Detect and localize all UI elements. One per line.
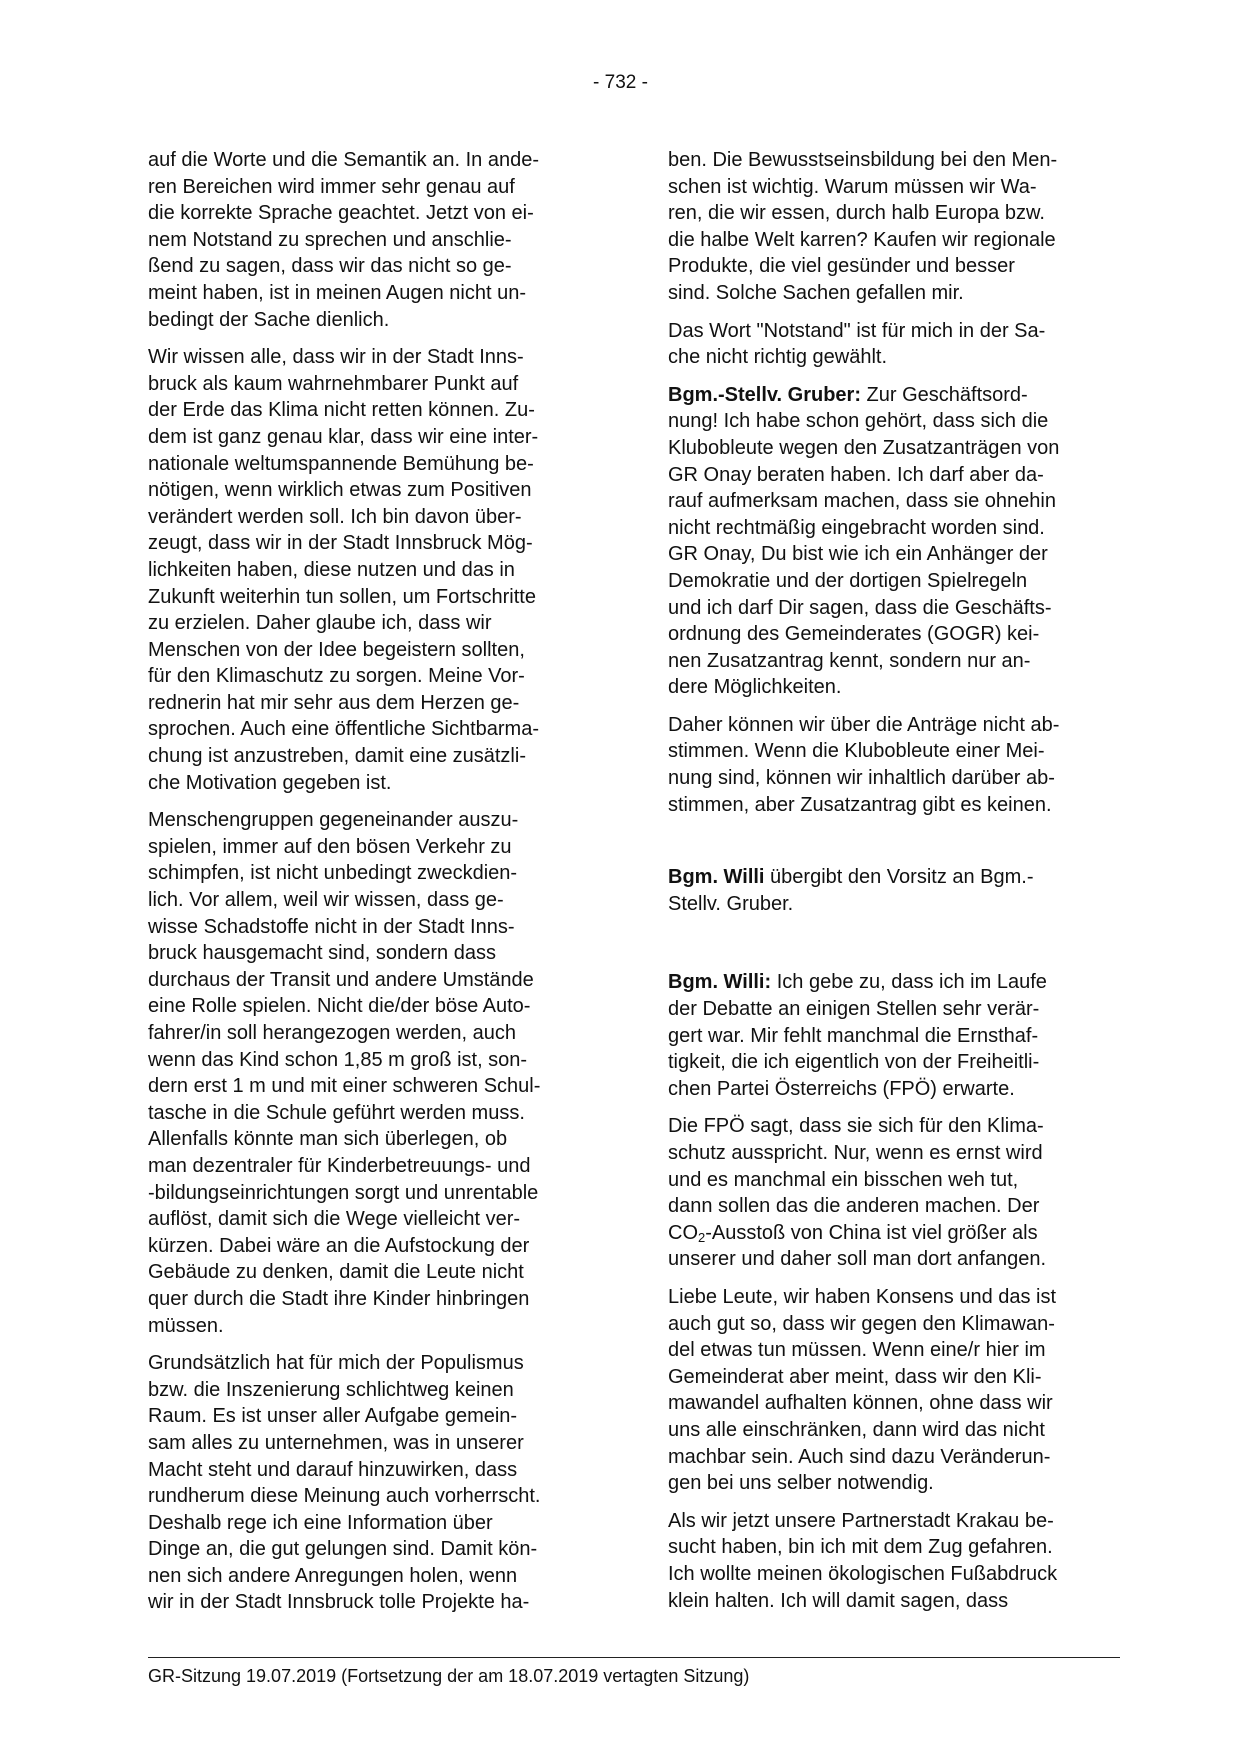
- text-line: Gebäude zu denken, damit die Leute nicht: [148, 1259, 608, 1286]
- co2-label: CO: [668, 1222, 698, 1244]
- paragraph: Daher können wir über die Anträge nicht …: [668, 712, 1128, 818]
- paragraph: Wir wissen alle, dass wir in der Stadt I…: [148, 344, 608, 796]
- text-line: Bgm.-Stellv. Gruber: Zur Geschäftsord-: [668, 382, 1128, 409]
- text-line: CO2-Ausstoß von China ist viel größer al…: [668, 1220, 1128, 1247]
- text-line: wenn das Kind schon 1,85 m groß ist, son…: [148, 1047, 608, 1074]
- text-line: rednerin hat mir sehr aus dem Herzen ge-: [148, 690, 608, 717]
- paragraph: Die FPÖ sagt, dass sie sich für den Klim…: [668, 1113, 1128, 1273]
- text-line: GR Onay, Du bist wie ich ein Anhänger de…: [668, 541, 1128, 568]
- text-line: Deshalb rege ich eine Information über: [148, 1510, 608, 1537]
- left-column: auf die Worte und die Semantik an. In an…: [148, 147, 608, 1627]
- text-line: nötigen, wenn wirklich etwas zum Positiv…: [148, 477, 608, 504]
- text-line: dem ist ganz genau klar, dass wir eine i…: [148, 424, 608, 451]
- text-line: Raum. Es ist unser aller Aufgabe gemein-: [148, 1403, 608, 1430]
- text-line: wisse Schadstoffe nicht in der Stadt Inn…: [148, 914, 608, 941]
- text-line: Demokratie und der dortigen Spielregeln: [668, 568, 1128, 595]
- text-line: kürzen. Dabei wäre an die Aufstockung de…: [148, 1233, 608, 1260]
- text-line: machbar sein. Auch sind dazu Veränderun-: [668, 1444, 1128, 1471]
- text-line: nen Zusatzantrag kennt, sondern nur an-: [668, 648, 1128, 675]
- text-line: die korrekte Sprache geachtet. Jetzt von…: [148, 200, 608, 227]
- text-line: sind. Solche Sachen gefallen mir.: [668, 280, 1128, 307]
- paragraph: auf die Worte und die Semantik an. In an…: [148, 147, 608, 333]
- text-line: Die FPÖ sagt, dass sie sich für den Klim…: [668, 1113, 1128, 1140]
- text-line: verändert werden soll. Ich bin davon übe…: [148, 504, 608, 531]
- text-line: mawandel aufhalten können, ohne dass wir: [668, 1390, 1128, 1417]
- speaker-name: Bgm.-Stellv. Gruber:: [668, 384, 861, 406]
- text-line: meint haben, ist in meinen Augen nicht u…: [148, 280, 608, 307]
- text-line: Das Wort "Notstand" ist für mich in der …: [668, 318, 1128, 345]
- text-line: auch gut so, dass wir gegen den Klimawan…: [668, 1311, 1128, 1338]
- text-line: Zukunft weiterhin tun sollen, um Fortsch…: [148, 584, 608, 611]
- text-line: Liebe Leute, wir haben Konsens und das i…: [668, 1284, 1128, 1311]
- text-line: Macht steht und darauf hinzuwirken, dass: [148, 1457, 608, 1484]
- text-line: schutz ausspricht. Nur, wenn es ernst wi…: [668, 1140, 1128, 1167]
- text-line: ren Bereichen wird immer sehr genau auf: [148, 174, 608, 201]
- text-line: und es manchmal ein bisschen weh tut,: [668, 1167, 1128, 1194]
- text-line: Daher können wir über die Anträge nicht …: [668, 712, 1128, 739]
- text-line: nem Notstand zu sprechen und anschlie-: [148, 227, 608, 254]
- text-line: rundherum diese Meinung auch vorherrscht…: [148, 1483, 608, 1510]
- text-line: del etwas tun müssen. Wenn eine/r hier i…: [668, 1337, 1128, 1364]
- text-line: tasche in die Schule geführt werden muss…: [148, 1100, 608, 1127]
- text-line: sucht haben, bin ich mit dem Zug gefahre…: [668, 1534, 1128, 1561]
- text-line: quer durch die Stadt ihre Kinder hinbrin…: [148, 1286, 608, 1313]
- text-line: ßend zu sagen, dass wir das nicht so ge-: [148, 253, 608, 280]
- page-number: - 732 -: [0, 70, 1241, 96]
- paragraph: Menschengruppen gegeneinander auszu- spi…: [148, 807, 608, 1339]
- text-line: Bgm. Willi übergibt den Vorsitz an Bgm.-: [668, 864, 1128, 891]
- text-line: GR Onay beraten haben. Ich darf aber da-: [668, 462, 1128, 489]
- text-line: und ich darf Dir sagen, dass die Geschäf…: [668, 595, 1128, 622]
- text-line: Ich wollte meinen ökologischen Fußabdruc…: [668, 1561, 1128, 1588]
- right-column: ben. Die Bewusstseinsbildung bei den Men…: [668, 147, 1128, 1625]
- page-footer: GR-Sitzung 19.07.2019 (Fortsetzung der a…: [148, 1664, 749, 1688]
- text-line: Stellv. Gruber.: [668, 891, 1128, 918]
- text-line: che Motivation gegeben ist.: [148, 770, 608, 797]
- speech-text: -Ausstoß von China ist viel größer als: [705, 1222, 1037, 1244]
- text-line: Menschen von der Idee begeistern sollten…: [148, 637, 608, 664]
- text-line: durchaus der Transit und andere Umstände: [148, 967, 608, 994]
- text-line: tigkeit, die ich eigentlich von der Frei…: [668, 1049, 1128, 1076]
- text-line: die halbe Welt karren? Kaufen wir region…: [668, 227, 1128, 254]
- text-line: der Debatte an einigen Stellen sehr verä…: [668, 996, 1128, 1023]
- text-line: unserer und daher soll man dort anfangen…: [668, 1246, 1128, 1273]
- speech-text: übergibt den Vorsitz an Bgm.-: [764, 866, 1033, 888]
- text-line: bzw. die Inszenierung schlichtweg keinen: [148, 1377, 608, 1404]
- text-line: -bildungseinrichtungen sorgt und unrenta…: [148, 1180, 608, 1207]
- text-line: eine Rolle spielen. Nicht die/der böse A…: [148, 993, 608, 1020]
- text-line: ren, die wir essen, durch halb Europa bz…: [668, 200, 1128, 227]
- text-line: auf die Worte und die Semantik an. In an…: [148, 147, 608, 174]
- text-line: für den Klimaschutz zu sorgen. Meine Vor…: [148, 663, 608, 690]
- text-line: Allenfalls könnte man sich überlegen, ob: [148, 1126, 608, 1153]
- speech-text: Zur Geschäftsord-: [861, 384, 1028, 406]
- text-line: nen sich andere Anregungen holen, wenn: [148, 1563, 608, 1590]
- paragraph: Liebe Leute, wir haben Konsens und das i…: [668, 1284, 1128, 1497]
- text-line: sam alles zu unternehmen, was in unserer: [148, 1430, 608, 1457]
- text-line: Gemeinderat aber meint, dass wir den Kli…: [668, 1364, 1128, 1391]
- text-line: klein halten. Ich will damit sagen, dass: [668, 1588, 1128, 1615]
- text-line: lichkeiten haben, diese nutzen und das i…: [148, 557, 608, 584]
- text-line: dern erst 1 m und mit einer schweren Sch…: [148, 1073, 608, 1100]
- text-line: wir in der Stadt Innsbruck tolle Projekt…: [148, 1589, 608, 1616]
- speech-willi: Bgm. Willi: Ich gebe zu, dass ich im Lau…: [668, 969, 1128, 1102]
- text-line: chung ist anzustreben, damit eine zusätz…: [148, 743, 608, 770]
- text-line: dere Möglichkeiten.: [668, 674, 1128, 701]
- text-line: gert war. Mir fehlt manchmal die Ernstha…: [668, 1023, 1128, 1050]
- text-line: nationale weltumspannende Bemühung be-: [148, 451, 608, 478]
- text-line: Als wir jetzt unsere Partnerstadt Krakau…: [668, 1508, 1128, 1535]
- text-line: auflöst, damit sich die Wege vielleicht …: [148, 1206, 608, 1233]
- footer-divider: [148, 1657, 1120, 1658]
- text-line: spielen, immer auf den bösen Verkehr zu: [148, 834, 608, 861]
- text-line: bruck als kaum wahrnehmbarer Punkt auf: [148, 371, 608, 398]
- text-line: stimmen, aber Zusatzantrag gibt es keine…: [668, 792, 1128, 819]
- text-line: lich. Vor allem, weil wir wissen, dass g…: [148, 887, 608, 914]
- paragraph: Das Wort "Notstand" ist für mich in der …: [668, 318, 1128, 371]
- text-line: zeugt, dass wir in der Stadt Innsbruck M…: [148, 530, 608, 557]
- text-line: zu erzielen. Daher glaube ich, dass wir: [148, 610, 608, 637]
- text-line: Produkte, die viel gesünder und besser: [668, 253, 1128, 280]
- text-line: Bgm. Willi: Ich gebe zu, dass ich im Lau…: [668, 969, 1128, 996]
- speech-gruber: Bgm.-Stellv. Gruber: Zur Geschäftsord- n…: [668, 382, 1128, 701]
- text-line: bedingt der Sache dienlich.: [148, 307, 608, 334]
- text-line: uns alle einschränken, dann wird das nic…: [668, 1417, 1128, 1444]
- text-line: bruck hausgemacht sind, sondern dass: [148, 940, 608, 967]
- paragraph: ben. Die Bewusstseinsbildung bei den Men…: [668, 147, 1128, 307]
- text-line: ben. Die Bewusstseinsbildung bei den Men…: [668, 147, 1128, 174]
- text-line: gen bei uns selber notwendig.: [668, 1470, 1128, 1497]
- text-line: müssen.: [148, 1313, 608, 1340]
- text-line: Wir wissen alle, dass wir in der Stadt I…: [148, 344, 608, 371]
- paragraph: Als wir jetzt unsere Partnerstadt Krakau…: [668, 1508, 1128, 1614]
- text-line: che nicht richtig gewählt.: [668, 344, 1128, 371]
- text-line: nung! Ich habe schon gehört, dass sich d…: [668, 408, 1128, 435]
- text-line: ordnung des Gemeinderates (GOGR) kei-: [668, 621, 1128, 648]
- text-line: man dezentraler für Kinderbetreuungs- un…: [148, 1153, 608, 1180]
- text-line: chen Partei Österreichs (FPÖ) erwarte.: [668, 1076, 1128, 1103]
- text-line: Grundsätzlich hat für mich der Populismu…: [148, 1350, 608, 1377]
- paragraph: Grundsätzlich hat für mich der Populismu…: [148, 1350, 608, 1616]
- text-line: stimmen. Wenn die Klubobleute einer Mei-: [668, 738, 1128, 765]
- text-line: rauf aufmerksam machen, dass sie ohnehin: [668, 488, 1128, 515]
- text-line: nicht rechtmäßig eingebracht worden sind…: [668, 515, 1128, 542]
- text-line: schen ist wichtig. Warum müssen wir Wa-: [668, 174, 1128, 201]
- text-line: dann sollen das die anderen machen. Der: [668, 1193, 1128, 1220]
- text-line: der Erde das Klima nicht retten können. …: [148, 397, 608, 424]
- chair-handover-note: Bgm. Willi übergibt den Vorsitz an Bgm.-…: [668, 864, 1128, 917]
- speaker-name: Bgm. Willi:: [668, 971, 771, 993]
- speech-text: Ich gebe zu, dass ich im Laufe: [771, 971, 1047, 993]
- text-line: Klubobleute wegen den Zusatzanträgen von: [668, 435, 1128, 462]
- text-line: sprochen. Auch eine öffentliche Sichtbar…: [148, 716, 608, 743]
- speaker-name: Bgm. Willi: [668, 866, 764, 888]
- text-line: Menschengruppen gegeneinander auszu-: [148, 807, 608, 834]
- text-line: nung sind, können wir inhaltlich darüber…: [668, 765, 1128, 792]
- text-line: Dinge an, die gut gelungen sind. Damit k…: [148, 1536, 608, 1563]
- text-line: schimpfen, ist nicht unbedingt zweckdien…: [148, 860, 608, 887]
- text-line: fahrer/in soll herangezogen werden, auch: [148, 1020, 608, 1047]
